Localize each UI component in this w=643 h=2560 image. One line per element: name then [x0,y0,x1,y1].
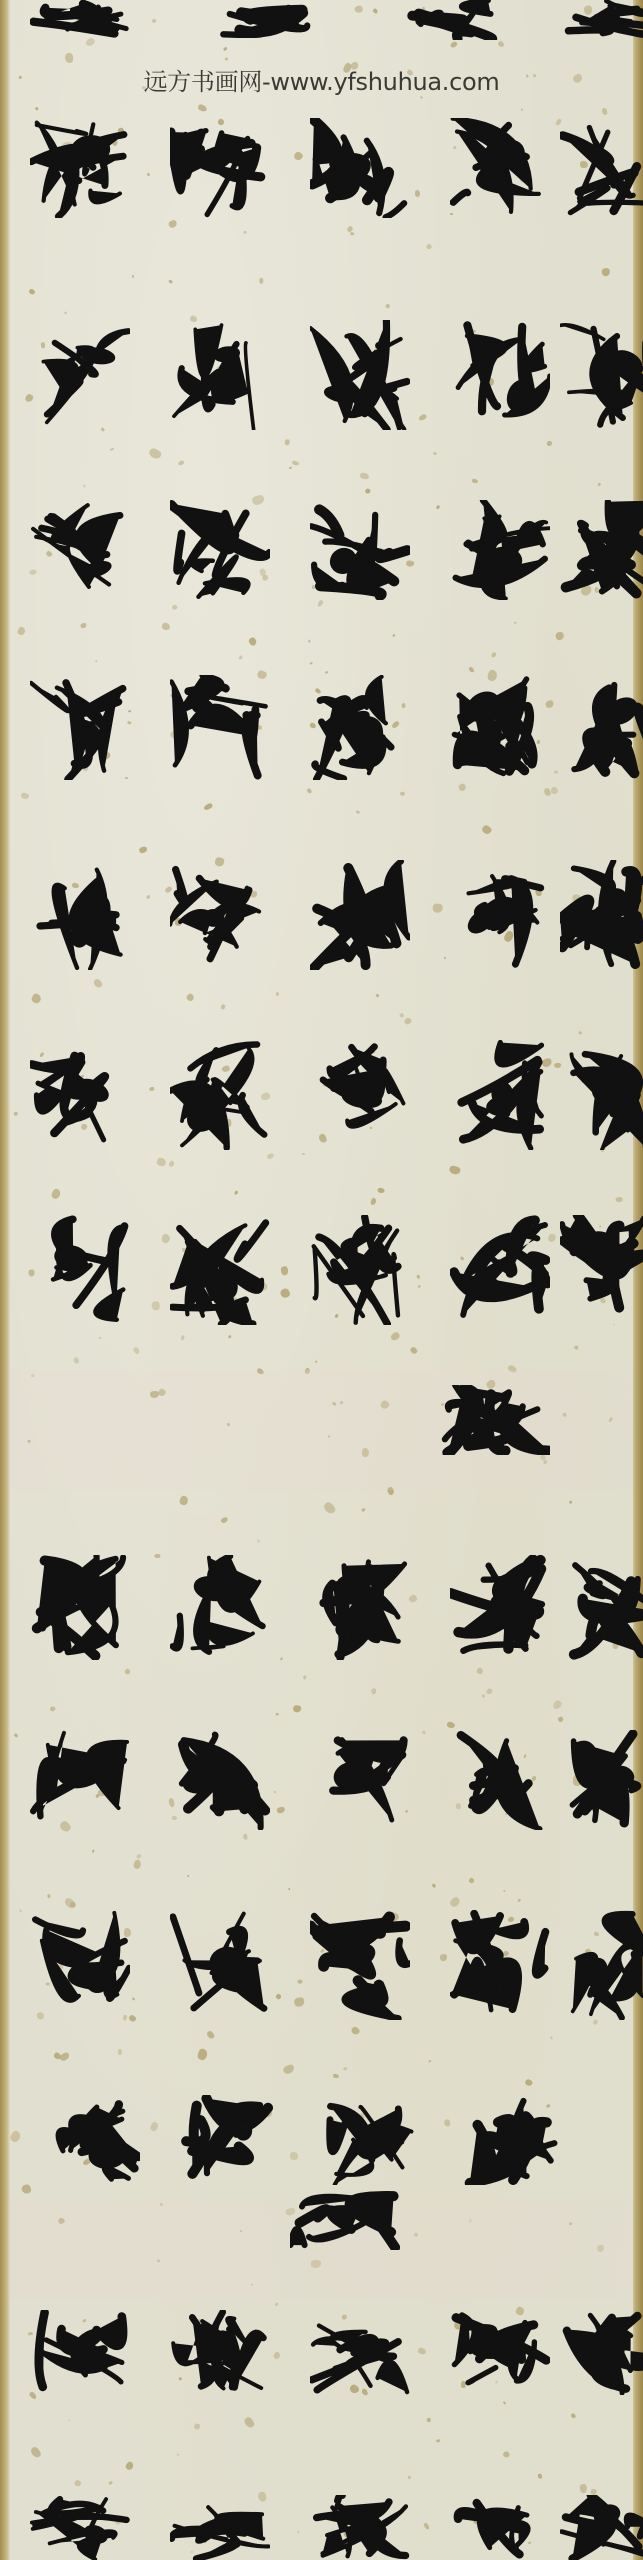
ink-character [560,675,643,780]
ink-character [217,0,317,40]
calligraphy-row [20,320,623,430]
gold-fleck [287,1888,290,1891]
ink-character [450,1730,550,1830]
gold-fleck [243,1833,248,1839]
ink-character [450,860,550,970]
ink-character [30,500,130,600]
ink-character [170,320,270,430]
calligraphy-row [20,1730,623,1830]
ink-character [310,1555,410,1660]
gold-fleck [432,451,437,455]
gold-fleck [139,846,149,854]
calligraphy-row [20,118,623,218]
ink-character [170,1730,270,1830]
ink-character [170,1215,270,1325]
gold-fleck [168,280,173,285]
ink-character [560,1040,643,1150]
gold-fleck [449,1896,462,1908]
calligraphy-row [20,500,623,600]
gold-fleck [131,274,134,277]
ink-character [450,675,550,780]
gold-fleck [30,2446,43,2459]
ink-character [560,2310,643,2395]
gold-fleck [376,994,380,998]
gold-fleck [521,108,524,111]
gold-fleck [124,2460,135,2471]
gold-fleck [292,460,299,466]
gold-fleck [359,473,369,481]
gold-fleck [133,1859,143,1870]
gold-fleck [400,792,405,796]
gold-fleck [503,1890,506,1893]
ink-character [170,2310,270,2395]
gold-fleck [186,1874,189,1877]
gold-fleck [59,2052,71,2063]
gold-fleck [267,1152,275,1159]
gold-fleck [557,1716,564,1723]
ink-character [450,500,550,600]
ink-character [440,1385,550,1455]
gold-fleck [468,1878,475,1885]
gold-fleck [490,652,496,658]
gold-fleck [293,1705,301,1713]
ink-character [403,0,503,40]
ink-character [170,675,270,780]
gold-fleck [615,1196,622,1202]
gold-fleck [80,623,87,629]
gold-fleck [392,633,395,636]
gold-fleck [316,1360,318,1363]
gold-fleck [243,2416,256,2430]
calligraphy-row [20,2095,623,2185]
ink-character [450,1215,550,1325]
ink-character [560,1555,643,1660]
gold-fleck [221,1004,226,1009]
calligraphy-row [20,860,623,970]
gold-fleck [203,802,213,811]
gold-fleck [549,2037,553,2041]
gold-fleck [483,1694,485,1697]
ink-character [560,500,643,600]
gold-fleck [177,460,184,466]
gold-fleck [322,1501,337,1516]
ink-character [450,2495,550,2560]
gold-fleck [425,242,433,250]
ink-character [560,0,643,40]
gold-fleck [74,2479,82,2487]
gold-fleck [162,622,171,630]
gold-fleck [503,2401,507,2405]
gold-fleck [99,1337,101,1339]
gold-fleck [431,1883,436,1888]
gold-fleck [376,1187,385,1194]
gold-fleck [546,440,552,446]
gold-fleck [110,448,114,452]
calligraphy-row [20,675,623,780]
gold-fleck [83,485,86,488]
ink-character [450,2310,550,2395]
gold-fleck [598,483,601,486]
gold-fleck [92,978,103,990]
ink-character [310,2495,410,2560]
gold-fleck [35,106,39,110]
gold-fleck [409,1346,418,1355]
gold-fleck [306,788,312,794]
gold-fleck [446,1721,455,1728]
gold-fleck [578,1031,582,1035]
gold-fleck [428,2060,431,2063]
ink-character [450,118,550,218]
gold-fleck [448,1165,461,1176]
ink-character [30,1215,130,1325]
ink-character [310,1215,410,1325]
gold-fleck [435,2439,440,2443]
ink-character [170,1040,270,1150]
ink-character [560,118,643,218]
gold-fleck [181,1335,186,1341]
ink-character [460,2095,560,2185]
ink-character [560,860,643,970]
ink-character [560,1910,643,2020]
ink-character [40,2095,140,2185]
gold-fleck [94,660,97,663]
ink-character [310,860,410,970]
gold-fleck [476,1667,484,1675]
gold-fleck [525,2079,534,2087]
ink-character [450,1040,550,1150]
gold-fleck [570,2413,576,2419]
ink-character [290,2190,400,2250]
gold-fleck [309,662,312,665]
ink-character [30,1555,130,1660]
ink-character [310,1730,410,1830]
ink-character [30,1040,130,1150]
gold-fleck [289,466,292,469]
gold-fleck [333,2073,340,2078]
gold-fleck [468,666,475,673]
ink-character [30,0,130,40]
watermark: 远方书画网-www.yfshuhua.com [0,62,643,97]
gold-fleck [197,2048,209,2062]
ink-character [310,500,410,600]
gold-fleck [385,304,390,309]
gold-fleck [198,104,208,113]
gold-fleck [167,219,178,229]
gold-fleck [207,2030,216,2040]
gold-fleck [457,783,466,792]
gold-fleck [108,2480,113,2485]
ink-character [30,2310,130,2395]
gold-fleck [148,447,162,460]
calligraphy-row [20,0,623,40]
calligraphy-row [20,1385,623,1455]
gold-fleck [308,640,311,643]
gold-fleck [30,992,42,1004]
ink-character [310,1040,410,1150]
gold-fleck [124,1668,131,1675]
ink-character [560,320,643,430]
gold-fleck [496,40,504,48]
gold-fleck [193,2423,200,2431]
gold-fleck [569,1500,573,1504]
ink-character [310,320,410,430]
ink-character [180,2095,280,2185]
gold-fleck [179,1495,189,1506]
gold-fleck [221,1517,229,1525]
ink-character [170,2495,270,2560]
ink-character [170,1910,270,2020]
gold-fleck [602,108,608,116]
ink-character [30,675,130,780]
gold-fleck [302,1153,305,1155]
gold-fleck [364,488,371,495]
ink-character [310,118,410,218]
gold-fleck [351,232,355,236]
gold-fleck [485,1687,493,1695]
ink-character [310,675,410,780]
ink-character [310,1910,410,2020]
gold-fleck [390,1331,401,1342]
gold-fleck [449,40,458,49]
ink-character [560,1730,643,1830]
gold-fleck [133,1347,141,1355]
gold-fleck [48,1894,51,1899]
gold-fleck [426,2418,431,2423]
gold-fleck [50,1188,62,1201]
gold-fleck [370,1198,377,1206]
gold-fleck [351,2026,361,2036]
gold-fleck [537,2474,542,2479]
gold-fleck [228,1335,232,1339]
gold-fleck [28,288,36,296]
calligraphy-row [20,1555,623,1660]
gold-fleck [344,2067,348,2070]
gold-fleck [275,2302,278,2305]
gold-fleck [225,57,228,60]
gold-fleck [156,1157,166,1167]
gold-fleck [590,2488,597,2495]
gold-fleck [551,787,559,795]
gold-fleck [276,1713,279,1716]
calligraphy-row [20,2310,623,2395]
gold-fleck [284,439,289,446]
ink-character [450,1555,550,1660]
gold-fleck [136,1854,142,1860]
calligraphy-row [20,2495,623,2560]
calligraphy-row [20,1040,623,1150]
gold-fleck [177,2454,179,2456]
gold-fleck [408,2476,412,2480]
ink-character [310,2310,410,2395]
ink-character [170,1555,270,1660]
ink-character [30,2495,130,2560]
gold-fleck [355,809,360,814]
gold-fleck [555,632,564,641]
gold-fleck [259,277,264,284]
ink-character [30,860,130,970]
ink-character [450,320,550,430]
ink-character [560,1215,643,1325]
gold-fleck [20,791,30,799]
gold-fleck [592,2019,598,2025]
gold-fleck [167,1160,175,1168]
calligraphy-scroll: 远方书画网-www.yfshuhua.com [0,0,643,2560]
gold-fleck [248,636,258,646]
gold-fleck [276,992,279,996]
gold-fleck [14,1733,19,1738]
calligraphy-row [20,2190,623,2250]
gold-fleck [361,1508,366,1513]
gold-fleck [481,823,493,835]
ink-character [170,118,270,218]
gold-fleck [580,2483,588,2493]
gold-fleck [13,1112,17,1116]
ink-character [30,1730,130,1830]
gold-fleck [257,1539,260,1542]
gold-fleck [244,231,247,234]
ink-character [30,118,130,218]
gold-fleck [118,2049,122,2055]
gold-fleck [371,1688,376,1694]
gold-fleck [223,46,228,51]
gold-fleck [518,1899,521,1902]
ink-character [450,1910,550,2020]
gold-fleck [304,1676,307,1680]
gold-fleck [574,1346,578,1350]
gold-fleck [552,1699,563,1710]
calligraphy-row [20,1910,623,2020]
gold-fleck [514,622,517,624]
ink-character [30,1910,130,2020]
gold-fleck [92,1849,95,1852]
gold-fleck [471,479,477,484]
gold-fleck [49,1706,56,1713]
ink-character [320,2095,420,2185]
calligraphy-row [20,1215,623,1325]
gold-fleck [64,311,68,314]
gold-fleck [282,2064,295,2076]
gold-fleck [239,655,243,659]
gold-fleck [602,268,610,276]
gold-fleck [171,604,178,611]
gold-fleck [17,626,26,636]
gold-fleck [67,2420,69,2422]
gold-fleck [233,1190,238,1195]
gold-fleck [402,1016,412,1026]
ink-character [170,860,270,970]
ink-character [560,2495,643,2560]
ink-character [30,320,130,430]
gold-fleck [325,671,329,674]
ink-character [170,500,270,600]
gold-fleck [316,599,323,607]
gold-fleck [502,2451,510,2459]
gold-fleck [74,1356,80,1363]
gold-fleck [399,1012,404,1018]
gold-fleck [186,992,196,1002]
